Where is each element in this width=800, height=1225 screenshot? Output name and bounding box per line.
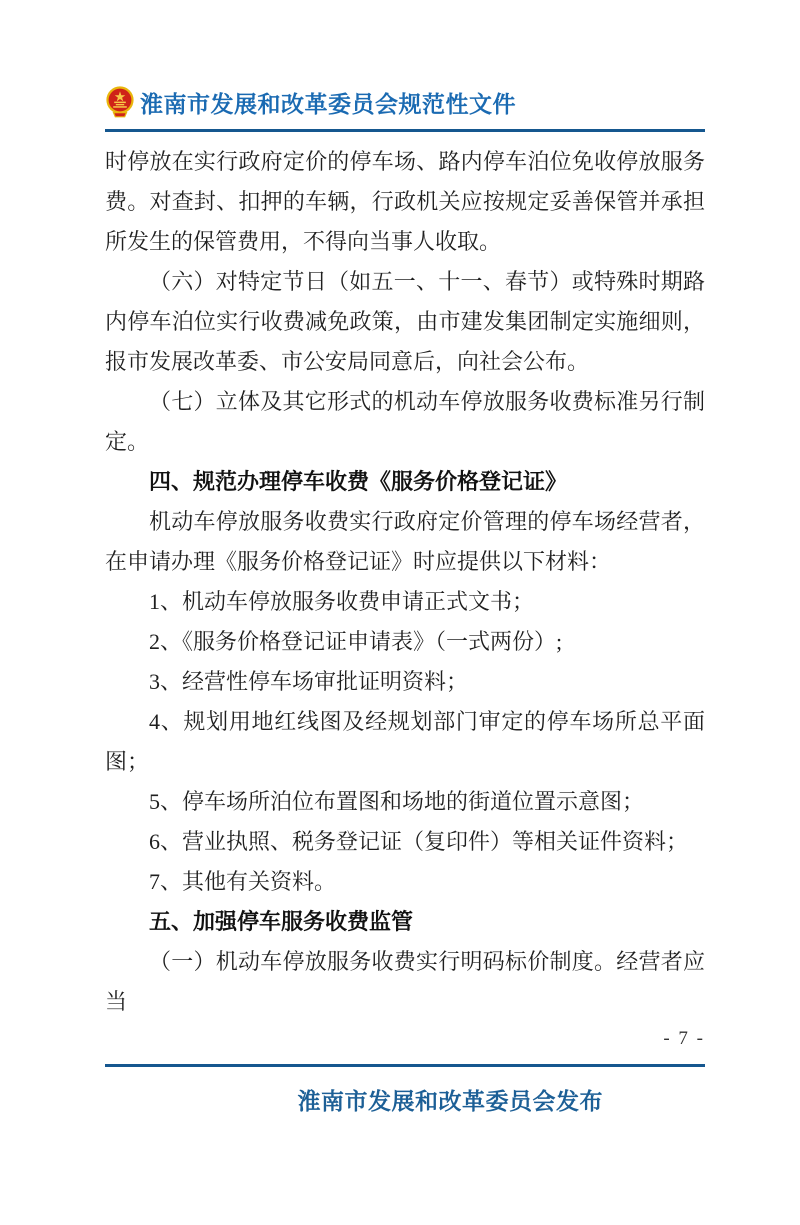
- section-heading: 五、加强停车服务收费监管: [105, 902, 705, 942]
- body-paragraph: 3、经营性停车场审批证明资料；: [105, 662, 705, 702]
- body-paragraph: （一）机动车停放服务收费实行明码标价制度。经营者应当: [105, 942, 705, 1022]
- body-paragraph: 7、其他有关资料。: [105, 862, 705, 902]
- body-paragraph: 5、停车场所泊位布置图和场地的街道位置示意图；: [105, 782, 705, 822]
- section-heading: 四、规范办理停车收费《服务价格登记证》: [105, 462, 705, 502]
- body-paragraph: 2、《服务价格登记证申请表》（一式两份）;: [105, 622, 705, 662]
- body-paragraph: 时停放在实行政府定价的停车场、路内停车泊位免收停放服务费。对查封、扣押的车辆，行…: [105, 142, 705, 262]
- body-paragraph: 1、机动车停放服务收费申请正式文书；: [105, 582, 705, 622]
- document-content: 淮南市发展和改革委员会规范性文件 时停放在实行政府定价的停车场、路内停车泊位免收…: [105, 84, 705, 1116]
- header-rule: [105, 129, 705, 132]
- china-national-emblem-icon: [105, 85, 135, 119]
- footer-rule: [105, 1064, 705, 1067]
- document-page: 淮南市发展和改革委员会规范性文件 时停放在实行政府定价的停车场、路内停车泊位免收…: [0, 0, 800, 1225]
- page-number: - 7 -: [105, 1026, 705, 1052]
- publisher-line: 淮南市发展和改革委员会发布: [105, 1083, 705, 1116]
- document-header: 淮南市发展和改革委员会规范性文件: [105, 84, 705, 120]
- header-title: 淮南市发展和改革委员会规范性文件: [140, 86, 516, 119]
- body-paragraph: 4、规划用地红线图及经规划部门审定的停车场所总平面图；: [105, 702, 705, 782]
- body-paragraph: 机动车停放服务收费实行政府定价管理的停车场经营者，在申请办理《服务价格登记证》时…: [105, 502, 705, 582]
- body-paragraph: （七）立体及其它形式的机动车停放服务收费标准另行制定。: [105, 382, 705, 462]
- body-paragraph: 6、营业执照、税务登记证（复印件）等相关证件资料；: [105, 822, 705, 862]
- body-paragraph: （六）对特定节日（如五一、十一、春节）或特殊时期路内停车泊位实行收费减免政策，由…: [105, 262, 705, 382]
- document-body: 时停放在实行政府定价的停车场、路内停车泊位免收停放服务费。对查封、扣押的车辆，行…: [105, 142, 705, 1022]
